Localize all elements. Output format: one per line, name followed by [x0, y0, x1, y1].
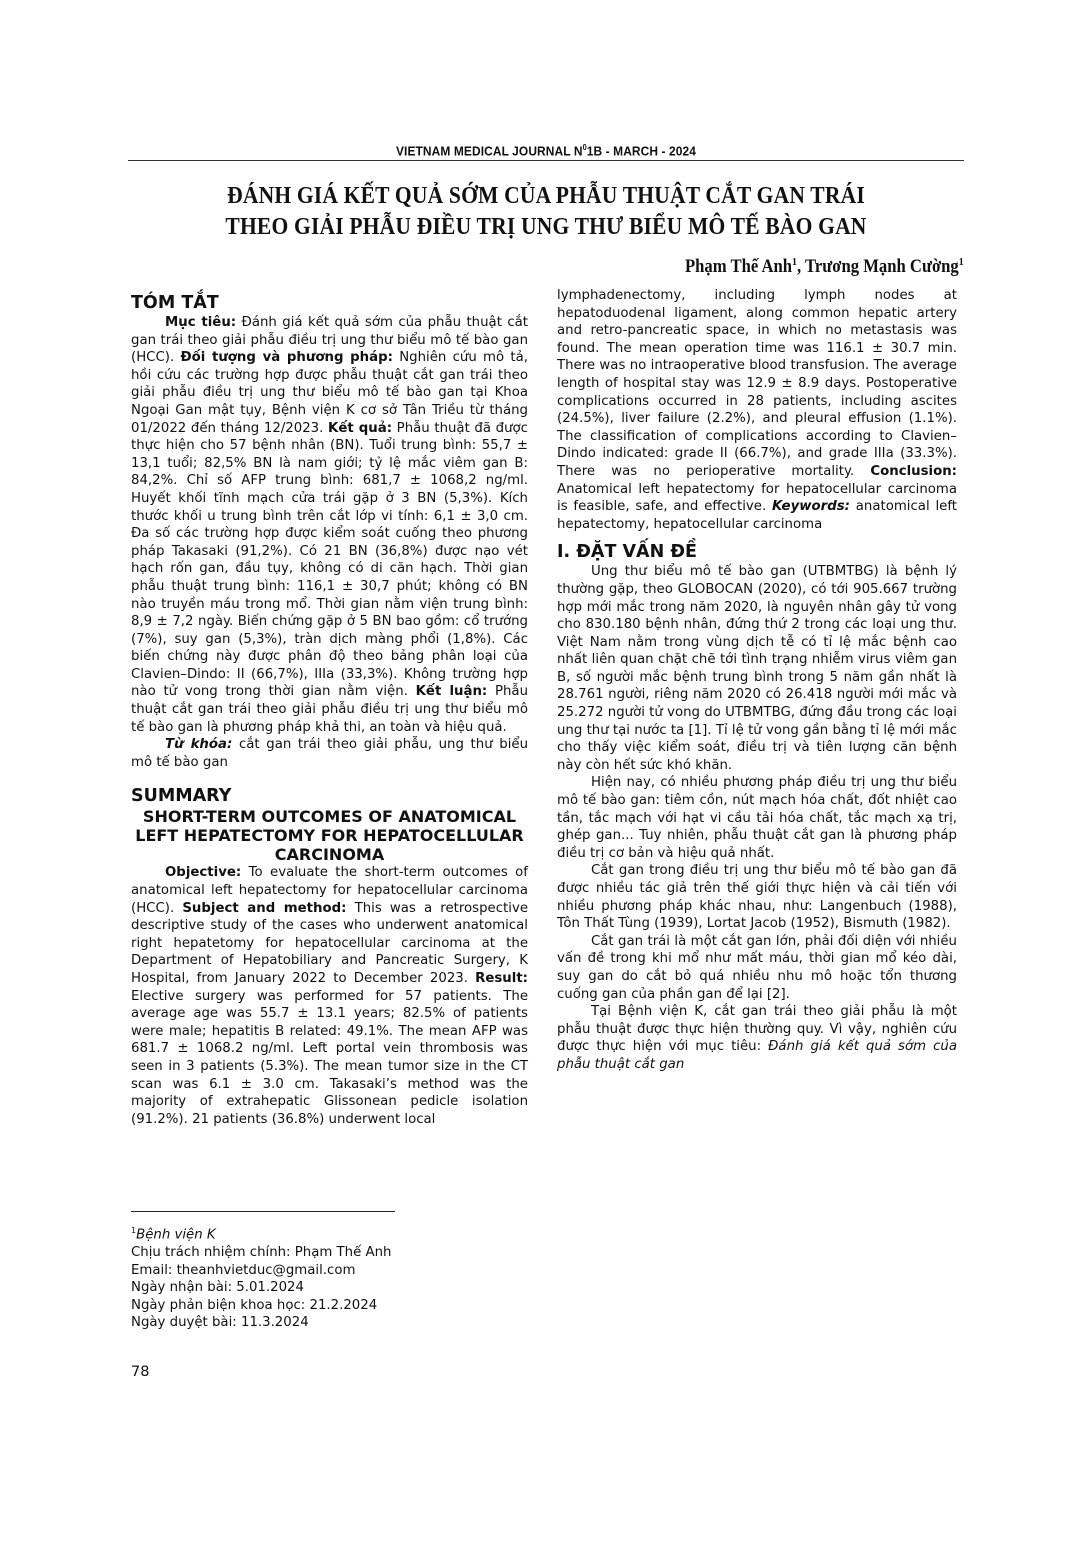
intro-paragraph-1: Ung thư biểu mô tế bào gan (UTBMTBG) là … — [557, 563, 957, 774]
date-received: Ngày nhận bài: 5.01.2024 — [131, 1279, 528, 1297]
right-column: lymphadenectomy, including lymph nodes a… — [557, 287, 957, 1074]
result-en-text-left: Elective surgery was performed for 57 pa… — [131, 989, 528, 1127]
intro-paragraph-3: Cắt gan trong điều trị ung thư biểu mô t… — [557, 862, 957, 932]
page-number: 78 — [131, 1364, 149, 1380]
header-divider — [128, 160, 964, 161]
abstract-vi-heading: TÓM TẮT — [131, 292, 528, 314]
title-line-1: ĐÁNH GIÁ KẾT QUẢ SỚM CỦA PHẪU THUẬT CẮT … — [178, 180, 914, 211]
abstract-en-body: Objective: To evaluate the short-term ou… — [131, 864, 528, 1128]
method-en-label: Subject and method: — [182, 901, 346, 916]
author-email: Email: theanhvietduc@gmail.com — [131, 1262, 528, 1280]
result-text: Phẫu thuật đã được thực hiện cho 57 bệnh… — [131, 421, 528, 700]
journal-page: VIETNAM MEDICAL JOURNAL N01B - MARCH - 2… — [0, 0, 1090, 1541]
objective-en-label: Objective: — [165, 865, 241, 880]
corresponding-author: Chịu trách nhiệm chính: Phạm Thế Anh — [131, 1244, 528, 1262]
author-2: Trương Mạnh Cường — [805, 257, 959, 277]
abstract-en-continued: lymphadenectomy, including lymph nodes a… — [557, 287, 957, 533]
abstract-en-heading: SUMMARY — [131, 785, 528, 807]
objective-label: Mục tiêu: — [165, 315, 236, 330]
method-label: Đối tượng và phương pháp: — [180, 350, 392, 365]
result-label: Kết quả: — [328, 421, 392, 436]
result-en-label: Result: — [475, 971, 528, 986]
conclusion-en-label: Conclusion: — [870, 464, 957, 479]
abstract-vi-body: Mục tiêu: Đánh giá kết quả sớm của phẫu … — [131, 314, 528, 736]
affiliation-footnote: 1Bệnh viện K — [131, 1222, 528, 1244]
date-accepted: Ngày duyệt bài: 11.3.2024 — [131, 1314, 528, 1332]
title-line-2: THEO GIẢI PHẪU ĐIỀU TRỊ UNG THƯ BIỂU MÔ … — [178, 211, 914, 242]
issue-date: 1B - MARCH - 2024 — [587, 143, 696, 158]
author-1: Phạm Thế Anh — [685, 257, 792, 277]
footnotes: 1Bệnh viện K Chịu trách nhiệm chính: Phạ… — [131, 1222, 528, 1332]
article-title: ĐÁNH GIÁ KẾT QUẢ SỚM CỦA PHẪU THUẬT CẮT … — [178, 180, 914, 242]
intro-paragraph-2: Hiện nay, có nhiều phương pháp điều trị … — [557, 774, 957, 862]
spacer — [557, 533, 957, 541]
date-reviewed: Ngày phản biện khoa học: 21.2.2024 — [131, 1297, 528, 1315]
left-column: TÓM TẮT Mục tiêu: Đánh giá kết quả sớm c… — [131, 292, 528, 1128]
author-2-affiliation: 1 — [959, 256, 964, 268]
affiliation-text: Bệnh viện K — [136, 1227, 216, 1242]
conclusion-label: Kết luận: — [416, 684, 488, 699]
footnote-divider — [131, 1211, 395, 1212]
running-header: VIETNAM MEDICAL JOURNAL N01B - MARCH - 2… — [161, 143, 930, 158]
intro-paragraph-4: Cắt gan trái là một cắt gan lớn, phải đố… — [557, 933, 957, 1003]
author-list: Phạm Thế Anh1, Trương Mạnh Cường1 — [685, 256, 964, 278]
intro-paragraph-5: Tại Bệnh viện K, cắt gan trái theo giải … — [557, 1003, 957, 1073]
spacer — [131, 771, 528, 785]
keywords-en-label: Keywords: — [772, 499, 850, 514]
result-en-text-right: lymphadenectomy, including lymph nodes a… — [557, 288, 957, 479]
abstract-en-title: SHORT-TERM OUTCOMES OF ANATOMICAL LEFT H… — [131, 807, 528, 864]
introduction-heading: I. ĐẶT VẤN ĐỀ — [557, 541, 957, 563]
journal-name: VIETNAM MEDICAL JOURNAL N — [396, 143, 583, 158]
keywords-vi-label: Từ khóa: — [165, 737, 232, 752]
keywords-vi: Từ khóa: cắt gan trái theo giải phẫu, un… — [131, 736, 528, 771]
